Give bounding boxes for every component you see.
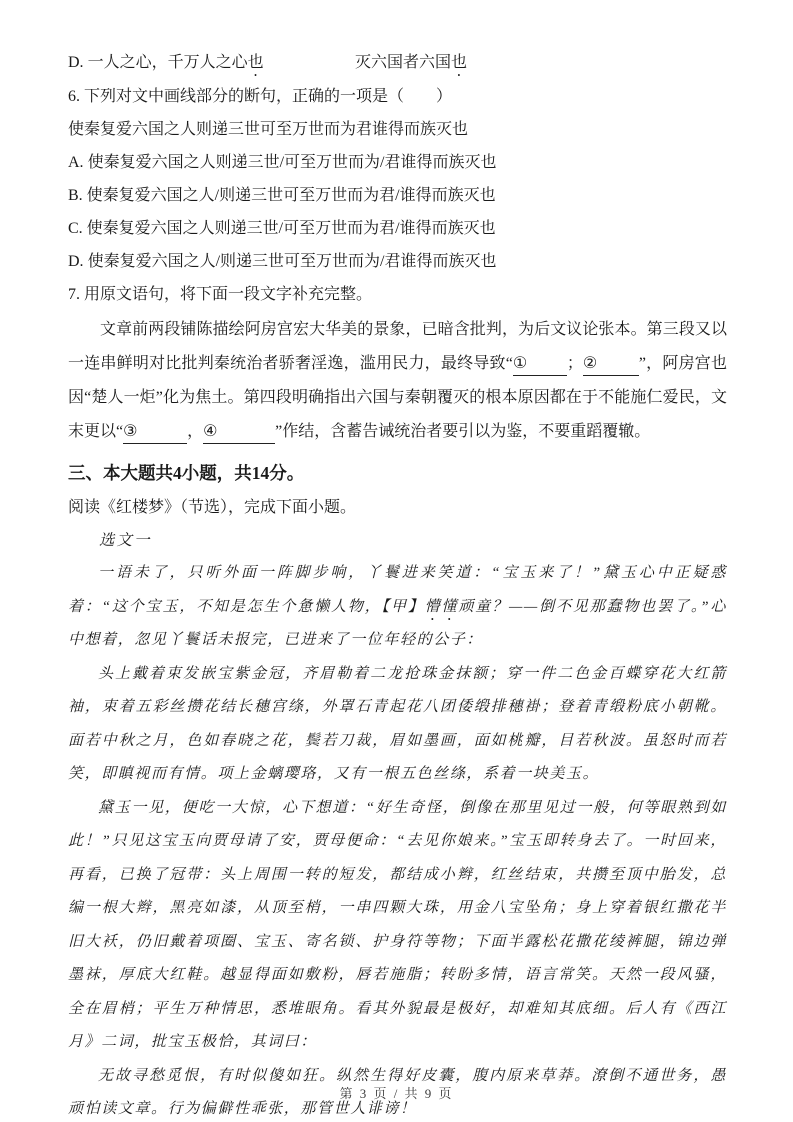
option-text: 一人之心，千万人之心 bbox=[88, 54, 248, 71]
section3-instruction: 阅读《红楼梦》（节选），完成下面小题。 bbox=[68, 491, 727, 524]
option-text: 灭六国者六国 bbox=[355, 54, 451, 71]
section3-heading: 三、本大题共4小题，共14分。 bbox=[68, 455, 727, 491]
question6-sentence: 使秦复爱六国之人则递三世可至万世而为君谁得而族灭也 bbox=[68, 113, 727, 146]
blank-number: ④ bbox=[203, 423, 217, 440]
blank-number: ① bbox=[513, 355, 527, 372]
question5-option-d-row: D. 一人之心，千万人之心也灭六国者六国也 bbox=[68, 46, 727, 80]
option-label: C. bbox=[68, 220, 83, 237]
fill-blank-1: ① bbox=[513, 353, 567, 376]
blank-number: ③ bbox=[123, 423, 137, 440]
paragraph-text: ， bbox=[187, 423, 203, 440]
paragraph-text: ； bbox=[567, 355, 583, 372]
question6-stem: 6. 下列对文中画线部分的断句，正确的一项是（ ） bbox=[68, 80, 727, 113]
option-label: D. bbox=[68, 253, 84, 270]
excerpt-paragraph-1: 一语未了，只听外面一阵脚步响，丫鬟进来笑道：“宝玉来了！”黛玉心中正疑惑着：“这… bbox=[68, 557, 727, 658]
option-label: D. bbox=[68, 54, 84, 71]
selection-label: 选文一 bbox=[99, 524, 727, 557]
fill-blank-4: ④ bbox=[203, 421, 275, 444]
page-footer: 第 3 页 / 共 9 页 bbox=[0, 1083, 793, 1102]
option-label: B. bbox=[68, 187, 83, 204]
dotted-chars: 懵懂 bbox=[425, 599, 459, 615]
option-label: A. bbox=[68, 154, 84, 171]
dotted-char: 也 bbox=[451, 54, 467, 71]
question-number: 6. bbox=[68, 88, 80, 105]
fill-blank-2: ② bbox=[583, 353, 639, 376]
paragraph-text: ”作结，含蓄告诫统治者要引以为鉴，不要重蹈覆辙。 bbox=[275, 423, 650, 440]
option-text: 使秦复爱六国之人则递三世/可至万世而为/君谁得而族灭也 bbox=[88, 154, 497, 171]
blank-number: ② bbox=[583, 355, 597, 372]
question-text: 下列对文中画线部分的断句，正确的一项是（ ） bbox=[84, 88, 452, 105]
option-text: 使秦复爱六国之人/则递三世可至万世而为/君谁得而族灭也 bbox=[88, 253, 497, 270]
question-number: 7. bbox=[68, 286, 80, 303]
question7-stem: 7. 用原文语句，将下面一段文字补充完整。 bbox=[68, 278, 727, 311]
question7-paragraph: 文章前两段铺陈描绘阿房宫宏大华美的景象，已暗含批判，为后文议论张本。第三段又以一… bbox=[68, 313, 727, 449]
question6-option-a: A. 使秦复爱六国之人则递三世/可至万世而为/君谁得而族灭也 bbox=[68, 146, 727, 179]
question5-option-d-left: D. 一人之心，千万人之心也 bbox=[68, 46, 355, 80]
excerpt-paragraph-3: 黛玉一见，便吃一大惊，心下想道：“好生奇怪，倒像在那里见过一般，何等眼熟到如此！… bbox=[68, 792, 727, 1060]
excerpt-paragraph-2: 头上戴着束发嵌宝紫金冠，齐眉勒着二龙抢珠金抹额；穿一件二色金百蝶穿花大红箭袖，束… bbox=[68, 658, 727, 792]
option-text: 使秦复爱六国之人/则递三世可至万世而为君/谁得而族灭也 bbox=[87, 187, 496, 204]
fill-blank-3: ③ bbox=[123, 421, 187, 444]
question6-option-c: C. 使秦复爱六国之人则递三世/可至万世而为君/谁得而族灭也 bbox=[68, 212, 727, 245]
question5-option-d-right: 灭六国者六国也 bbox=[355, 54, 467, 71]
question6-option-b: B. 使秦复爱六国之人/则递三世可至万世而为君/谁得而族灭也 bbox=[68, 179, 727, 212]
question-text: 用原文语句，将下面一段文字补充完整。 bbox=[84, 286, 372, 303]
exam-page-content: D. 一人之心，千万人之心也灭六国者六国也 6. 下列对文中画线部分的断句，正确… bbox=[68, 46, 727, 1122]
question6-option-d: D. 使秦复爱六国之人/则递三世可至万世而为/君谁得而族灭也 bbox=[68, 245, 727, 278]
dotted-char: 也 bbox=[248, 54, 264, 71]
option-text: 使秦复爱六国之人则递三世/可至万世而为君/谁得而族灭也 bbox=[87, 220, 496, 237]
sentence-text: 使秦复爱六国之人则递三世可至万世而为君谁得而族灭也 bbox=[68, 121, 468, 138]
